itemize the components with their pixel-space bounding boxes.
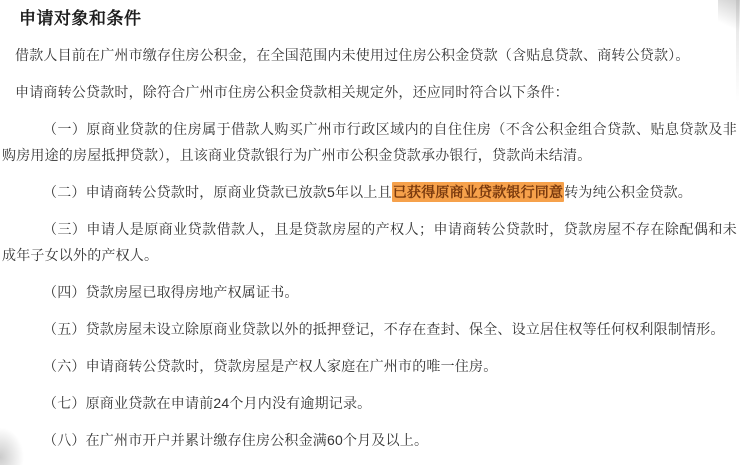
condition-item-2: （二）申请商转公贷款时，原商业贷款已放款5年以上且已获得原商业贷款银行同意转为纯…: [2, 179, 737, 205]
condition-item-6: （六）申请商转公贷款时，贷款房屋是产权人家庭在广州市的唯一住房。: [2, 353, 737, 379]
condition-item-1: （一）原商业贷款的住房属于借款人购买广州市行政区域内的自住住房（不含公积金组合贷…: [2, 116, 737, 168]
condition-item-5: （五）贷款房屋未设立除原商业贷款以外的抵押登记，不存在查封、保全、设立居住权等任…: [2, 316, 737, 342]
intro-paragraph-1: 借款人目前在广州市缴存住房公积金，在全国范围内未使用过住房公积金贷款（含贴息贷款…: [2, 42, 737, 68]
conditions-list: （一）原商业贷款的住房属于借款人购买广州市行政区域内的自住住房（不含公积金组合贷…: [2, 116, 737, 453]
article-page: 申请对象和条件 借款人目前在广州市缴存住房公积金，在全国范围内未使用过住房公积金…: [0, 0, 740, 469]
condition-item-7: （七）原商业贷款在申请前24个月内没有逾期记录。: [2, 390, 737, 416]
condition-item-4: （四）贷款房屋已取得房地产权属证书。: [2, 279, 737, 305]
intro-paragraph-2: 申请商转公贷款时，除符合广州市住房公积金贷款相关规定外，还应同时符合以下条件：: [2, 79, 737, 105]
highlighted-text: 已获得原商业贷款银行同意: [392, 182, 564, 202]
condition-item-8: （八）在广州市开户并累计缴存住房公积金满60个月及以上。: [2, 427, 737, 453]
page-title: 申请对象和条件: [19, 7, 737, 31]
condition-item-3: （三）申请人是原商业贷款借款人，且是贷款房屋的产权人；申请商转公贷款时，贷款房屋…: [2, 216, 737, 268]
